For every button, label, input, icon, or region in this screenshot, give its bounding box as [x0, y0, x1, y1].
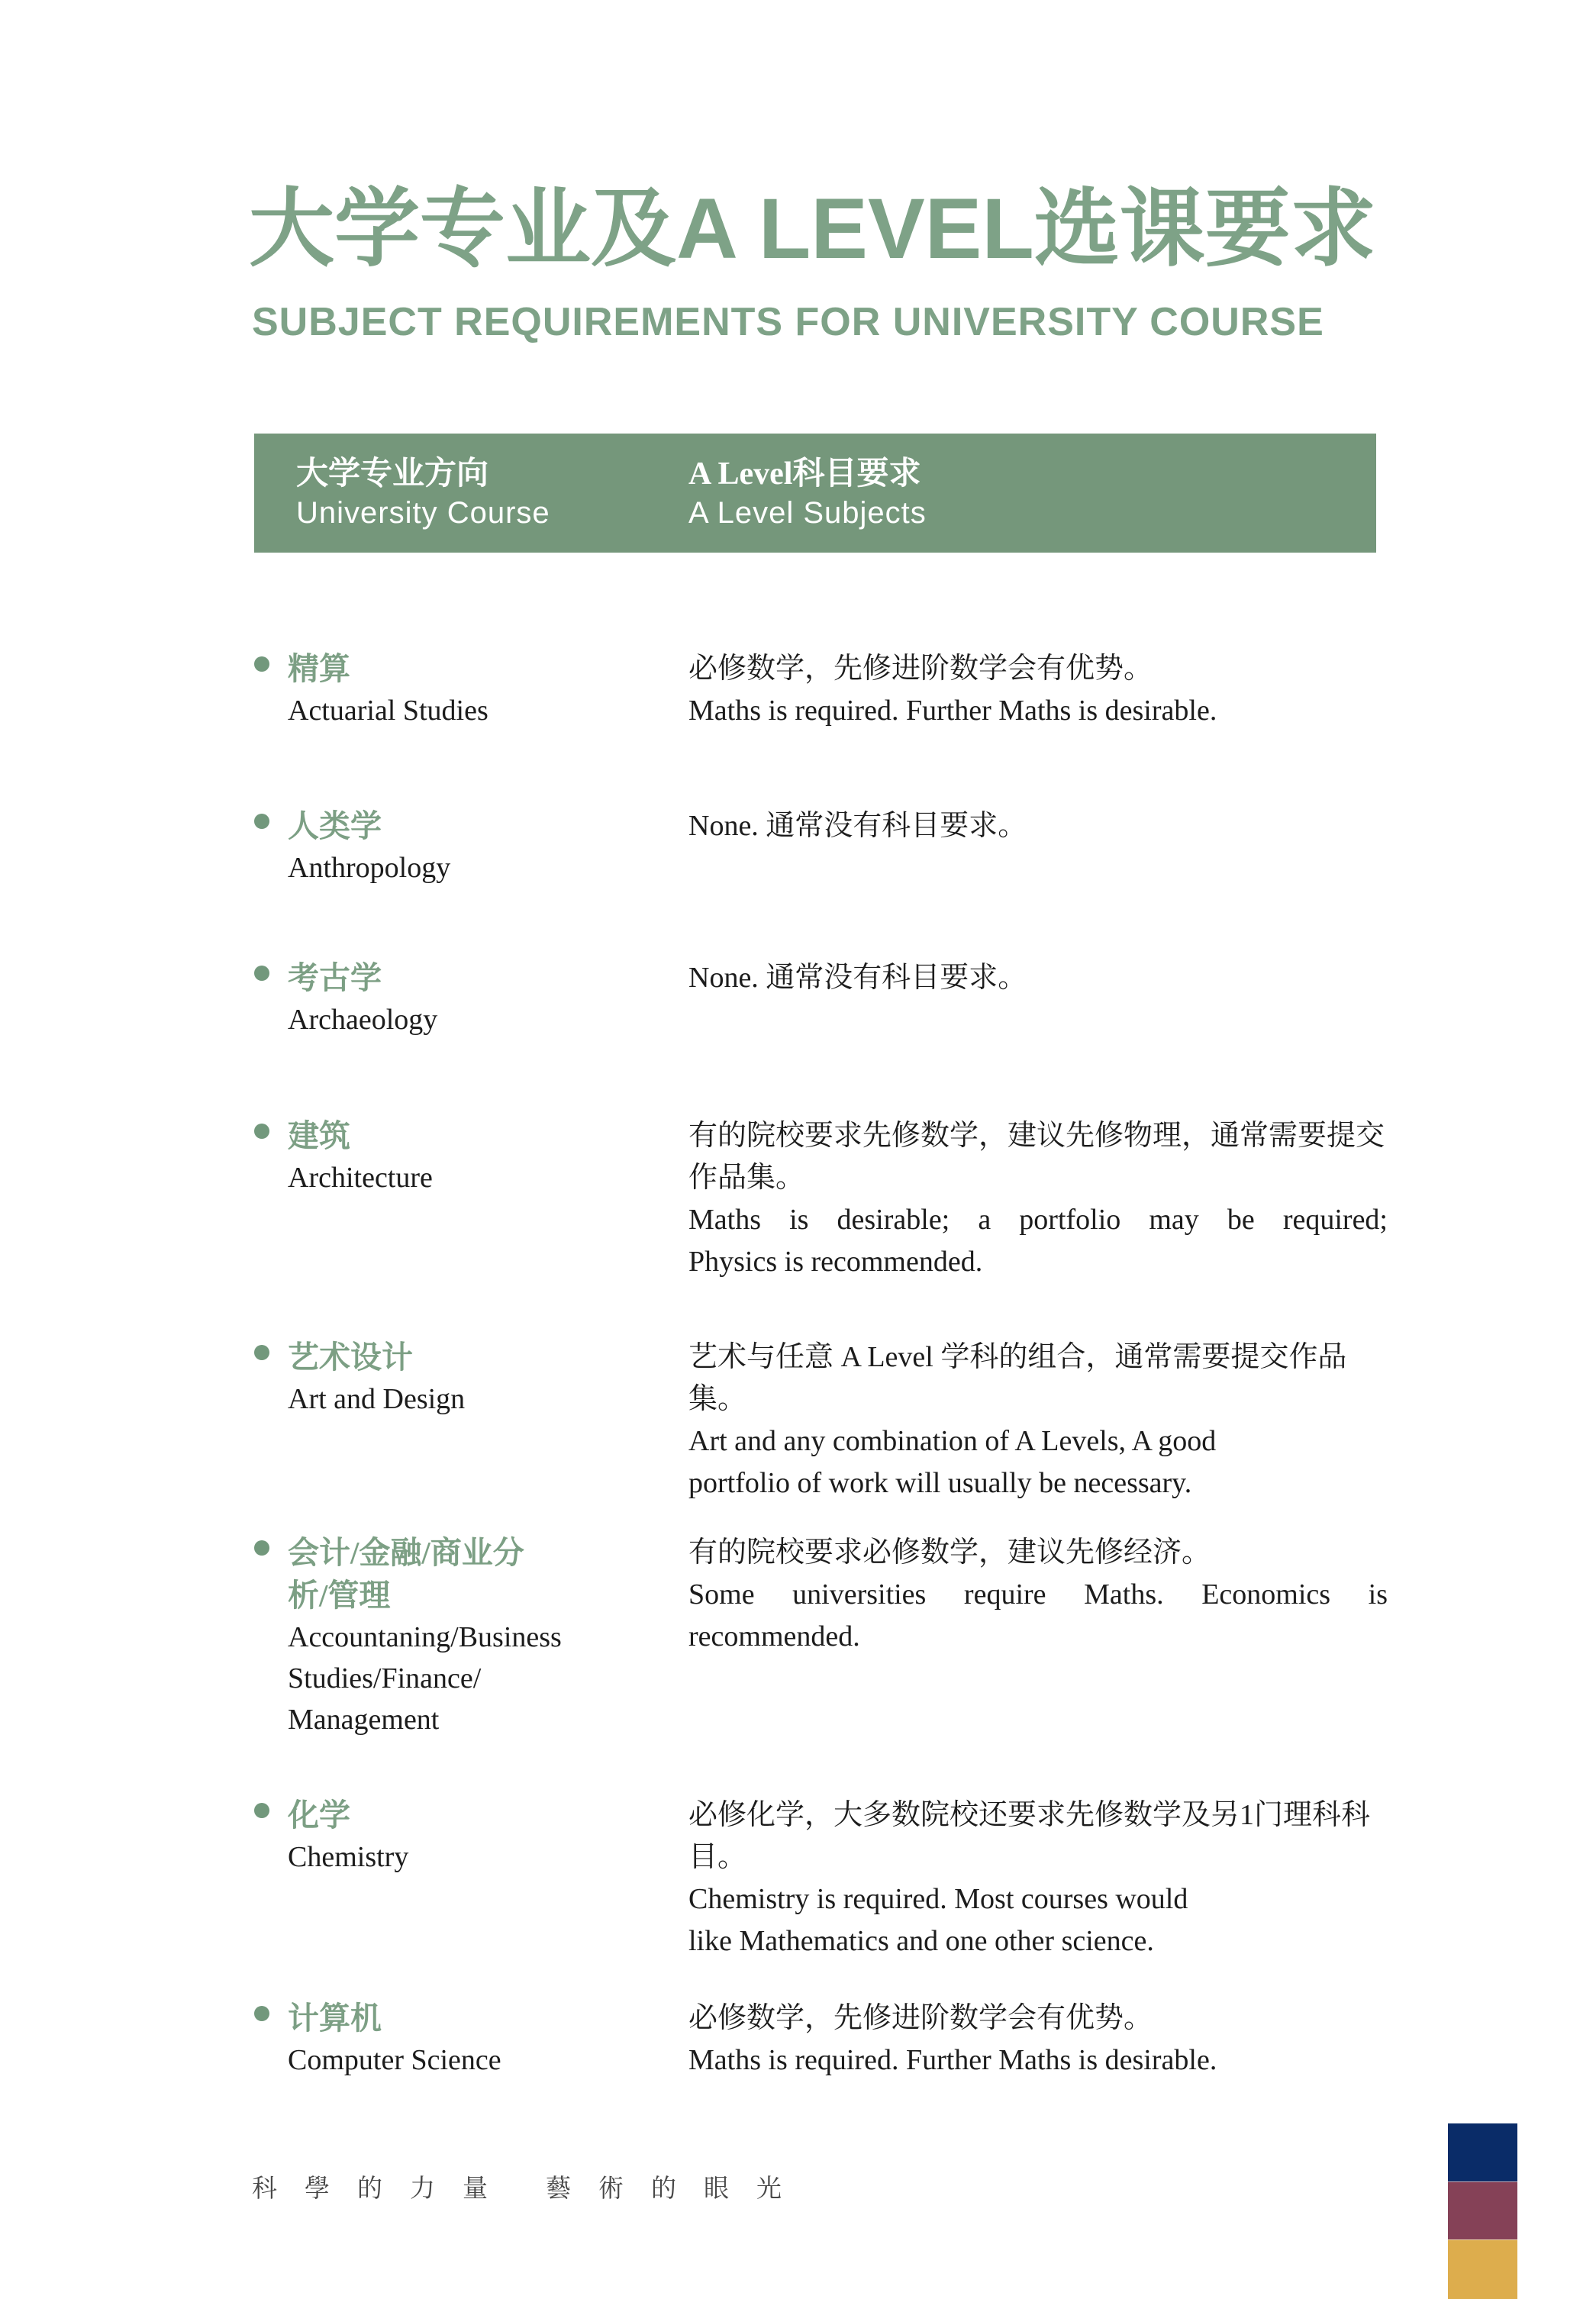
requirement-line: Maths is required. Further Maths is desi…	[688, 690, 1388, 732]
course-name-cn: 艺术设计	[288, 1336, 593, 1378]
course-name-cn-group: 建筑	[288, 1114, 593, 1157]
course-requirements: None. 通常没有科目要求。	[688, 805, 1388, 847]
course-label: 精算 Actuarial Studies	[288, 647, 593, 731]
course-name-en: Archaeology	[288, 999, 593, 1040]
course-name-en: Studies/Finance/	[288, 1658, 593, 1699]
course-label: 建筑 Architecture	[288, 1114, 593, 1198]
course-requirements: 必修数学，先修进阶数学会有优势。Maths is required. Furth…	[688, 648, 1388, 732]
requirement-line: Maths is required. Further Maths is desi…	[688, 2039, 1388, 2081]
maroon-square	[1448, 2181, 1517, 2240]
course-name-en: Chemistry	[288, 1836, 593, 1878]
course-name-cn: 精算	[288, 647, 593, 690]
requirement-line: None. 通常没有科目要求。	[688, 957, 1388, 999]
footer-slogan: 科學的力量藝術的眼光	[252, 2174, 809, 2204]
gold-square	[1448, 2239, 1517, 2299]
course-name-en-group: Accountaning/BusinessStudies/Finance/Man…	[288, 1617, 593, 1740]
bullet-icon	[254, 656, 269, 672]
navy-square	[1448, 2123, 1517, 2181]
course-requirements: 必修数学，先修进阶数学会有优势。Maths is required. Furth…	[688, 1998, 1388, 2081]
course-name-cn: 人类学	[288, 804, 593, 847]
course-label: 人类学 Anthropology	[288, 804, 593, 888]
course-name-cn-group: 精算	[288, 647, 593, 690]
course-name-cn-group: 考古学	[288, 956, 593, 999]
requirement-line: Art and any combination of A Levels, A g…	[688, 1420, 1388, 1462]
corner-color-squares	[1448, 2123, 1517, 2299]
course-name-en: Art and Design	[288, 1378, 593, 1420]
bullet-icon	[254, 1345, 269, 1360]
course-label: 考古学 Archaeology	[288, 956, 593, 1040]
course-name-en-group: Chemistry	[288, 1836, 593, 1878]
footer-slogan-left: 科學的力量	[252, 2175, 515, 2203]
requirement-line: 有的院校要求先修数学，建议先修物理，通常需要提交	[688, 1115, 1388, 1157]
course-name-en-group: Archaeology	[288, 999, 593, 1040]
course-name-en-group: Computer Science	[288, 2039, 593, 2081]
course-name-en-group: Anthropology	[288, 847, 593, 888]
requirement-line: Physics is recommended.	[688, 1241, 1388, 1283]
requirement-line: Maths is desirable; a portfolio may be r…	[688, 1199, 1388, 1241]
requirement-line: 有的院校要求必修数学，建议先修经济。	[688, 1532, 1388, 1574]
bullet-icon	[254, 814, 269, 829]
course-label: 艺术设计 Art and Design	[288, 1336, 593, 1420]
course-name-cn-group: 人类学	[288, 804, 593, 847]
course-requirements: 必修化学，大多数院校还要求先修数学及另1门理科科目。Chemistry is r…	[688, 1794, 1388, 1962]
document-page: 大学专业及A LEVEL选课要求 SUBJECT REQUIREMENTS FO…	[0, 0, 1596, 2299]
course-requirements: 有的院校要求必修数学，建议先修经济。Some universities requ…	[688, 1532, 1388, 1658]
requirement-line: 艺术与任意 A Level 学科的组合，通常需要提交作品集。	[688, 1337, 1388, 1420]
course-name-cn: 考古学	[288, 956, 593, 999]
requirement-line: 必修化学，大多数院校还要求先修数学及另1门理科科目。	[688, 1794, 1388, 1878]
requirement-line: 必修数学，先修进阶数学会有优势。	[688, 1998, 1388, 2039]
course-name-en-group: Architecture	[288, 1157, 593, 1198]
course-name-cn: 会计/金融/商业分	[288, 1531, 593, 1574]
bullet-icon	[254, 2006, 269, 2021]
course-requirements: 有的院校要求先修数学，建议先修物理，通常需要提交作品集。Maths is des…	[688, 1115, 1388, 1283]
course-name-cn-group: 化学	[288, 1794, 593, 1836]
course-name-cn: 计算机	[288, 1997, 593, 2039]
requirement-line: Some universities require Maths. Economi…	[688, 1574, 1388, 1616]
requirement-line: 必修数学，先修进阶数学会有优势。	[688, 648, 1388, 690]
course-requirements: None. 通常没有科目要求。	[688, 957, 1388, 999]
requirement-line: Chemistry is required. Most courses woul…	[688, 1878, 1388, 1920]
course-table: 精算 Actuarial Studies 必修数学，先修进阶数学会有优势。Mat…	[0, 0, 1596, 2299]
course-name-en: Accountaning/Business	[288, 1617, 593, 1658]
course-name-en: Actuarial Studies	[288, 690, 593, 731]
bullet-icon	[254, 1540, 269, 1556]
course-name-cn-group: 会计/金融/商业分析/管理	[288, 1531, 593, 1617]
course-label: 化学 Chemistry	[288, 1794, 593, 1878]
course-name-en: Architecture	[288, 1157, 593, 1198]
bullet-icon	[254, 1124, 269, 1139]
course-name-en-group: Art and Design	[288, 1378, 593, 1420]
course-name-en: Management	[288, 1699, 593, 1740]
course-name-cn: 建筑	[288, 1114, 593, 1157]
requirement-line: None. 通常没有科目要求。	[688, 805, 1388, 847]
bullet-icon	[254, 966, 269, 981]
course-requirements: 艺术与任意 A Level 学科的组合，通常需要提交作品集。Art and an…	[688, 1337, 1388, 1504]
course-name-en-group: Actuarial Studies	[288, 690, 593, 731]
requirement-line: recommended.	[688, 1616, 1388, 1658]
course-label: 计算机 Computer Science	[288, 1997, 593, 2081]
course-name-cn-group: 艺术设计	[288, 1336, 593, 1378]
requirement-line: like Mathematics and one other science.	[688, 1920, 1388, 1962]
course-name-cn-group: 计算机	[288, 1997, 593, 2039]
course-name-en: Anthropology	[288, 847, 593, 888]
course-name-en: Computer Science	[288, 2039, 593, 2081]
requirement-line: 作品集。	[688, 1157, 1388, 1199]
bullet-icon	[254, 1803, 269, 1818]
footer-slogan-right: 藝術的眼光	[546, 2175, 809, 2203]
course-name-cn: 析/管理	[288, 1574, 593, 1617]
requirement-line: portfolio of work will usually be necess…	[688, 1462, 1388, 1504]
course-label: 会计/金融/商业分析/管理 Accountaning/BusinessStudi…	[288, 1531, 593, 1740]
course-name-cn: 化学	[288, 1794, 593, 1836]
